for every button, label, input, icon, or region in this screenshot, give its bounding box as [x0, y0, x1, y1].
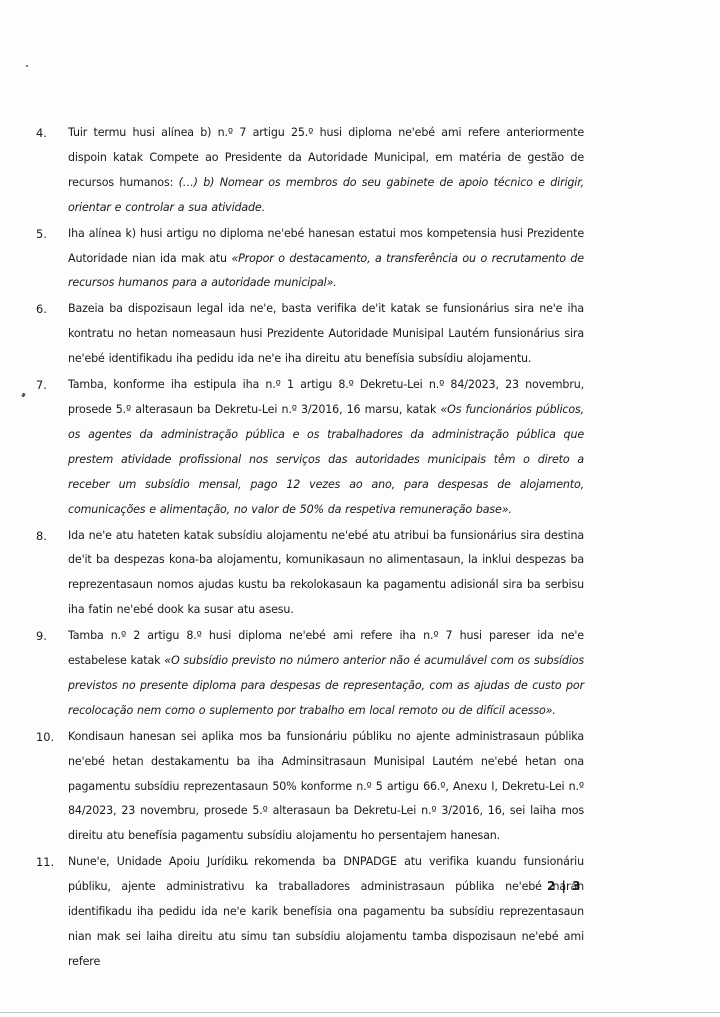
- text-run: Bazeia ba dispozisaun legal ida ne'e, ba…: [68, 302, 584, 365]
- list-item-4: 4. Tuir termu husi alínea b) n.º 7 artig…: [36, 121, 584, 221]
- item-number: 7.: [36, 373, 66, 398]
- item-number: 10.: [36, 725, 66, 750]
- item-text: Tamba, konforme iha estipula iha n.º 1 a…: [68, 373, 584, 522]
- numbered-list: 4. Tuir termu husi alínea b) n.º 7 artig…: [36, 121, 584, 976]
- item-number: 5.: [36, 222, 66, 247]
- item-text: Iha alínea k) husi artigu no diploma ne'…: [68, 222, 584, 297]
- list-item-8: 8. Ida ne'e atu hateten katak subsídiu a…: [36, 524, 584, 624]
- list-item-11: 11. Nune'e, Unidade Apoiu Jurídiku rekom…: [36, 850, 584, 975]
- item-number: 6.: [36, 297, 66, 322]
- text-run: Kondisaun hanesan sei aplika mos ba funs…: [68, 730, 584, 843]
- scan-speck: [21, 393, 26, 398]
- item-number: 9.: [36, 624, 66, 649]
- list-item-6: 6. Bazeia ba dispozisaun legal ida ne'e,…: [36, 297, 584, 372]
- list-item-10: 10. Kondisaun hanesan sei aplika mos ba …: [36, 725, 584, 850]
- scan-speck: [26, 65, 28, 67]
- document-page: 4. Tuir termu husi alínea b) n.º 7 artig…: [0, 0, 720, 1017]
- text-run: Ida ne'e atu hateten katak subsídiu aloj…: [68, 529, 584, 617]
- item-text: Nune'e, Unidade Apoiu Jurídiku rekomenda…: [68, 850, 584, 975]
- item-text: Tamba n.º 2 artigu 8.º husi diploma ne'e…: [68, 624, 584, 724]
- scan-speck: [246, 863, 248, 865]
- quoted-text: «Os funcionários públicos, os agentes da…: [68, 403, 584, 516]
- list-item-7: 7. Tamba, konforme iha estipula iha n.º …: [36, 373, 584, 522]
- item-number: 11.: [36, 850, 66, 875]
- item-text: Tuir termu husi alínea b) n.º 7 artigu 2…: [68, 121, 584, 221]
- text-run: Nune'e, Unidade Apoiu Jurídiku rekomenda…: [68, 855, 584, 968]
- item-number: 4.: [36, 121, 66, 146]
- item-number: 8.: [36, 524, 66, 549]
- item-text: Kondisaun hanesan sei aplika mos ba funs…: [68, 725, 584, 850]
- list-item-5: 5. Iha alínea k) husi artigu no diploma …: [36, 222, 584, 297]
- item-text: Ida ne'e atu hateten katak subsídiu aloj…: [68, 524, 584, 624]
- scan-edge-line: [0, 1012, 720, 1013]
- page-number: 2 | 3: [547, 879, 581, 893]
- list-item-9: 9. Tamba n.º 2 artigu 8.º husi diploma n…: [36, 624, 584, 724]
- item-text: Bazeia ba dispozisaun legal ida ne'e, ba…: [68, 297, 584, 372]
